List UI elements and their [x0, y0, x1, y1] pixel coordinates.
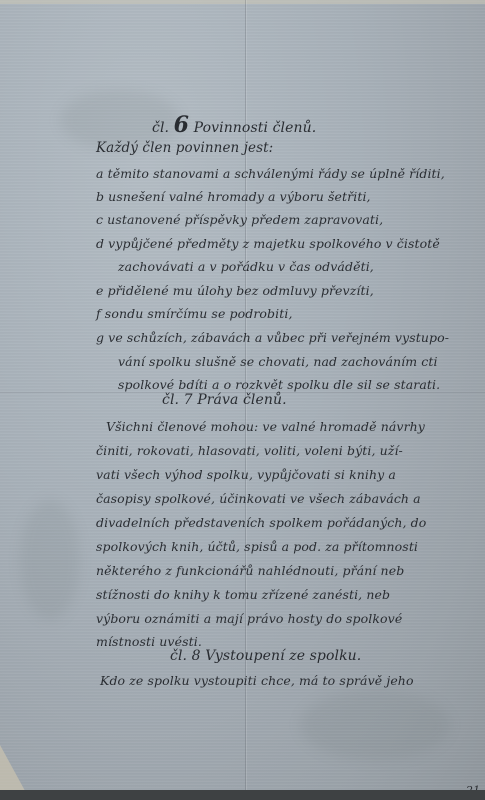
- text-line: divadelních představeních spolkem pořáda…: [96, 515, 426, 530]
- paper-bottom-edge: [0, 790, 485, 800]
- text-line: Kdo ze spolku vystoupiti chce, má to spr…: [100, 673, 414, 688]
- list-item: e přidělené mu úlohy bez odmluvy převzít…: [96, 283, 374, 298]
- heading-prefix: čl.: [162, 392, 179, 408]
- list-item-continuation: spolkové bdíti a o rozkvět spolku dle si…: [118, 377, 440, 392]
- section-number: 6: [174, 112, 189, 138]
- paper-stain: [20, 500, 80, 620]
- section-number: 8: [192, 648, 201, 664]
- text-line: časopisy spolkové, účinkovati ve všech z…: [96, 491, 421, 506]
- heading-prefix: čl.: [170, 648, 187, 664]
- heading-prefix: čl.: [152, 120, 169, 136]
- text-line: spolkových knih, účtů, spisů a pod. za p…: [96, 539, 418, 554]
- list-item: g ve schůzích, zábavách a vůbec při veře…: [96, 330, 449, 345]
- list-item-continuation: zachovávati a v pořádku v čas odváděti,: [118, 259, 374, 274]
- section-heading: čl. 6 Povinnosti členů.: [152, 112, 316, 138]
- list-item: d vypůjčené předměty z majetku spolkovéh…: [96, 236, 440, 251]
- section-title: Povinnosti členů.: [194, 120, 317, 136]
- list-item: c ustanovené příspěvky předem zapravovat…: [96, 212, 383, 227]
- text-line: stížnosti do knihy k tomu zřízené zanést…: [96, 587, 390, 602]
- section-title: Práva členů.: [197, 392, 286, 408]
- paper-stain: [300, 690, 450, 760]
- text-line: některého z funkcionářů nahlédnouti, přá…: [96, 563, 404, 578]
- text-line: činiti, rokovati, hlasovati, voliti, vol…: [96, 443, 403, 458]
- text-line: Všichni členové mohou: ve valné hromadě …: [106, 419, 425, 434]
- section-number: 7: [184, 392, 193, 408]
- list-item: a těmito stanovami a schválenými řády se…: [96, 166, 445, 181]
- section-title: Vystoupení ze spolku.: [205, 648, 361, 664]
- list-item-continuation: vání spolku slušně se chovati, nad zacho…: [118, 354, 438, 369]
- list-item: b usnešení valné hromady a výboru šetřit…: [96, 189, 371, 204]
- text-line: vati všech výhod spolku, vypůjčovati si …: [96, 467, 396, 482]
- document-page: čl. 6 Povinnosti členů. Každý člen povin…: [0, 0, 485, 800]
- text-line: místnosti uvésti.: [96, 634, 202, 649]
- section-heading: čl. 7 Práva členů.: [162, 392, 287, 408]
- text-line: Každý člen povinnen jest:: [96, 140, 273, 156]
- list-item: f sondu smírčímu se podrobiti,: [96, 306, 293, 321]
- text-line: výboru oznámiti a mají právo hosty do sp…: [96, 611, 402, 626]
- section-heading: čl. 8 Vystoupení ze spolku.: [170, 648, 361, 664]
- paper-top-edge: [0, 0, 485, 4]
